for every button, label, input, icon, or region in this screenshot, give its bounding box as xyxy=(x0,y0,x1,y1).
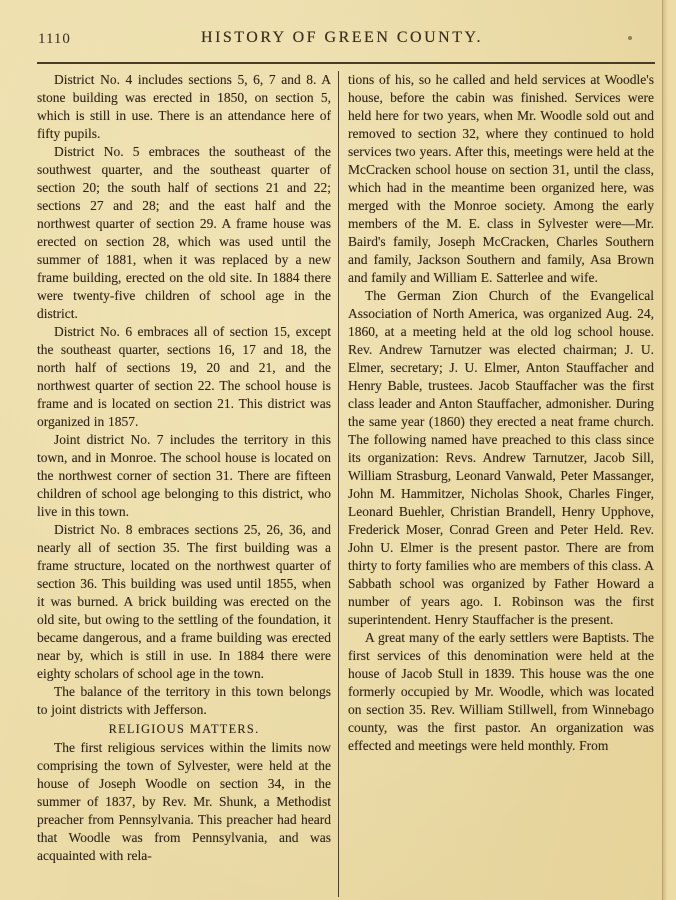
paragraph: District No. 6 embraces all of section 1… xyxy=(37,323,331,431)
two-column-text-area: District No. 4 includes sections 5, 6, 7… xyxy=(37,71,654,897)
paragraph: tions of his, so he called and held serv… xyxy=(348,71,654,287)
left-column: District No. 4 includes sections 5, 6, 7… xyxy=(37,71,331,897)
paragraph: District No. 5 embraces the southeast of… xyxy=(37,143,331,323)
book-page: 1110 HISTORY OF GREEN COUNTY. District N… xyxy=(0,0,676,900)
paragraph: The German Zion Church of the Evangelica… xyxy=(348,287,654,629)
paragraph: The balance of the territory in this tow… xyxy=(37,683,331,719)
section-heading: RELIGIOUS MATTERS. xyxy=(37,720,331,738)
right-column: tions of his, so he called and held serv… xyxy=(339,71,654,897)
paragraph: A great many of the early settlers were … xyxy=(348,629,654,755)
page-header-title: HISTORY OF GREEN COUNTY. xyxy=(36,29,648,47)
header-rule xyxy=(37,62,655,64)
paragraph: District No. 4 includes sections 5, 6, 7… xyxy=(37,71,331,143)
paragraph: District No. 8 embraces sections 25, 26,… xyxy=(37,521,331,683)
page-edge xyxy=(662,0,676,900)
paragraph: Joint district No. 7 includes the territ… xyxy=(37,431,331,521)
paragraph: The first religious services within the … xyxy=(37,739,331,865)
